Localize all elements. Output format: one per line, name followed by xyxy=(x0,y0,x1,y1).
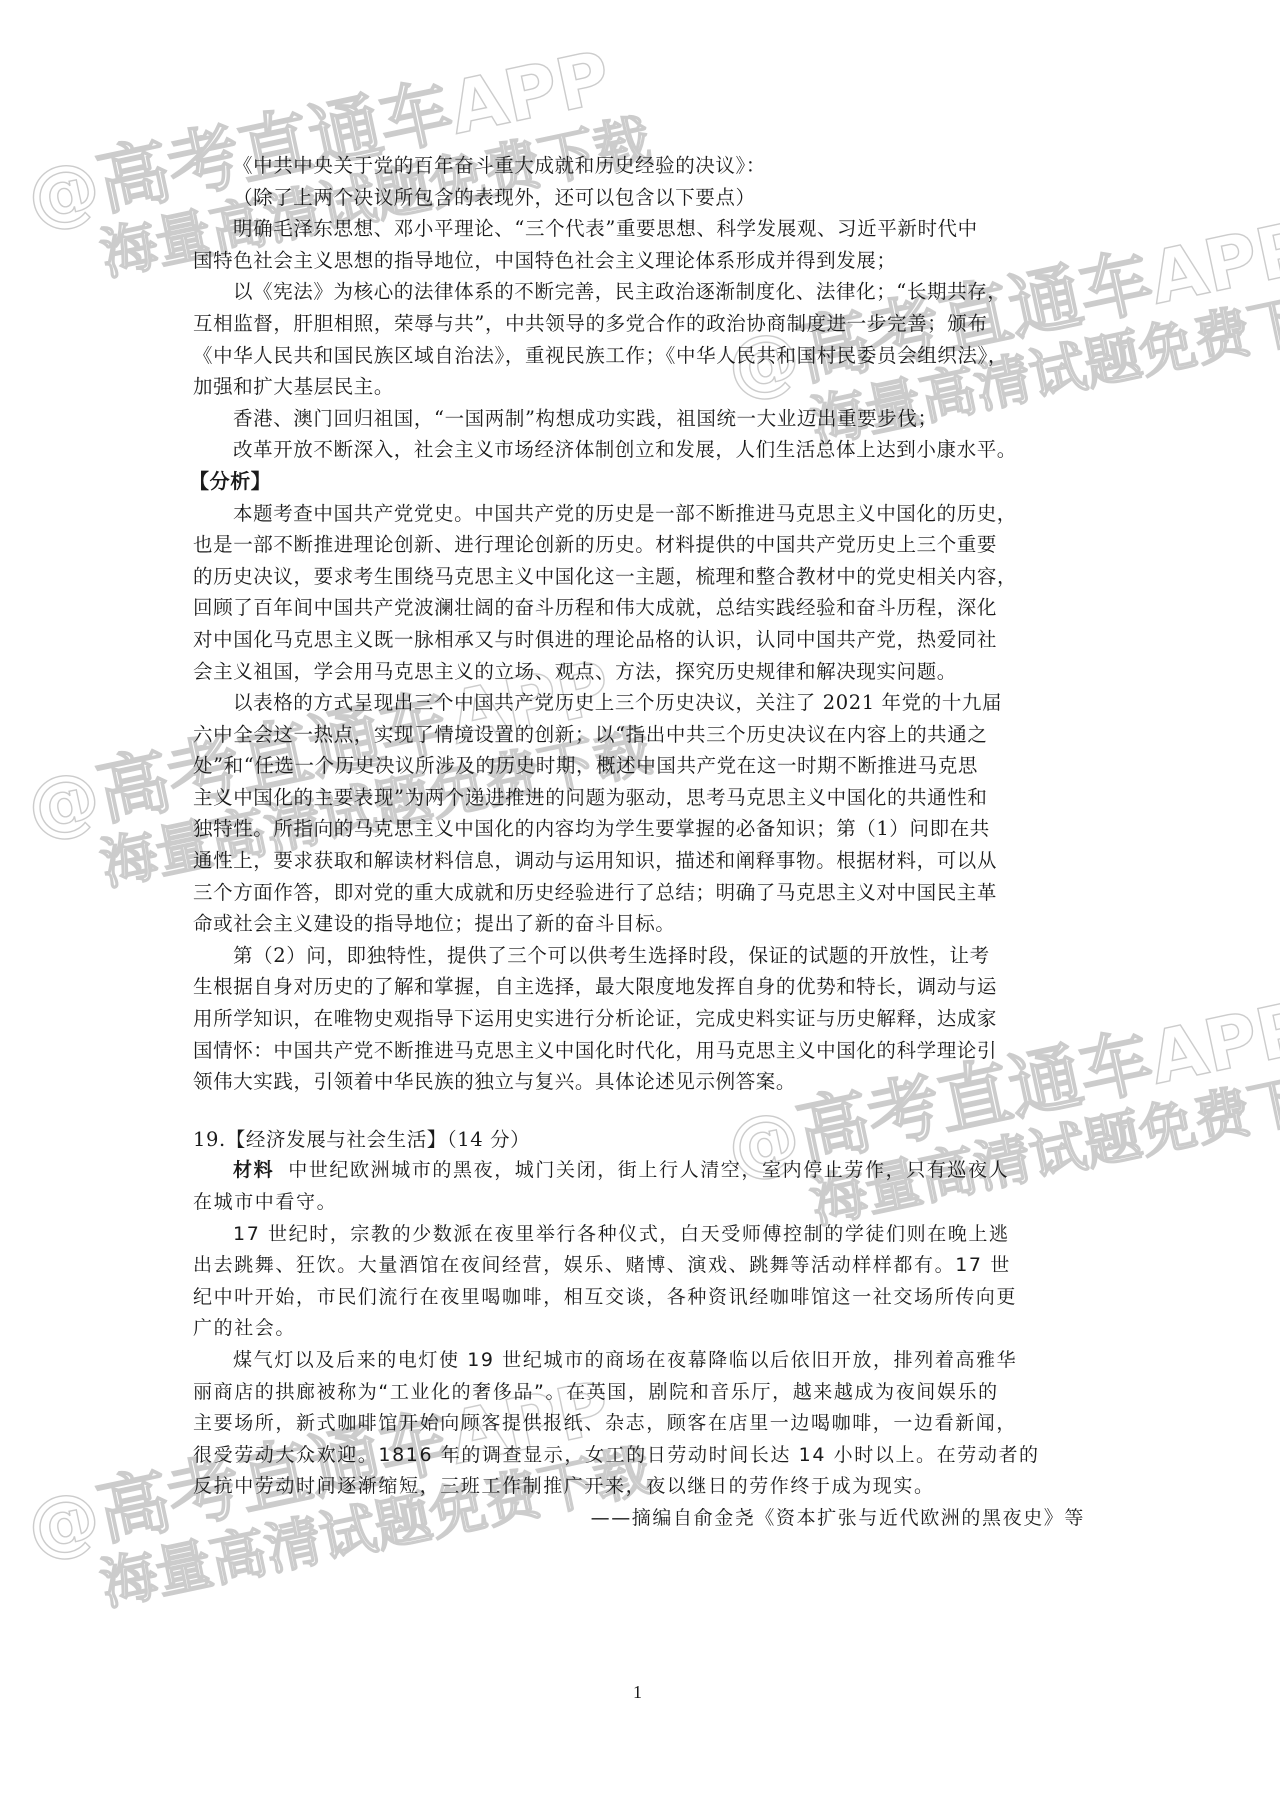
material-label: 材料 xyxy=(233,1159,274,1181)
analysis-paragraph: 以表格的方式呈现出三个中国共产党历史上三个历史决议，关注了 2021 年党的十九… xyxy=(193,687,1085,940)
material-paragraph: 材料中世纪欧洲城市的黑夜，城门关闭，街上行人清空，室内停止劳作，只有巡夜人 在城… xyxy=(193,1155,1085,1218)
point-paragraph: 明确毛泽东思想、邓小平理论、“三个代表”重要思想、科学发展观、习近平新时代中 国… xyxy=(193,213,1085,276)
note-line: （除了上两个决议所包含的表现外，还可以包含以下要点） xyxy=(193,182,1085,214)
point-paragraph: 以《宪法》为核心的法律体系的不断完善，民主政治逐渐制度化、法律化；“长期共存， … xyxy=(193,276,1085,402)
material-source: ——摘编自俞金尧《资本扩张与近代欧洲的黑夜史》等 xyxy=(193,1503,1085,1535)
resolution-title: 《中共中央关于党的百年奋斗重大成就和历史经验的决议》： xyxy=(193,150,1085,182)
spacer xyxy=(193,1098,1085,1124)
document-body: 《中共中央关于党的百年奋斗重大成就和历史经验的决议》： （除了上两个决议所包含的… xyxy=(193,150,1085,1535)
point-paragraph: 改革开放不断深入，社会主义市场经济体制创立和发展，人们生活总体上达到小康水平。 xyxy=(193,434,1085,466)
analysis-heading: 【分析】 xyxy=(189,466,1085,498)
material-paragraph: 煤气灯以及后来的电灯使 19 世纪城市的商场在夜幕降临以后依旧开放，排列着高雅华… xyxy=(193,1345,1085,1503)
question-title: 19.【经济发展与社会生活】（14 分） xyxy=(193,1124,1085,1156)
analysis-paragraph: 第（2）问，即独特性，提供了三个可以供考生选择时段，保证的试题的开放性，让考 生… xyxy=(193,940,1085,1098)
page-number: 1 xyxy=(633,1682,642,1703)
document-page: @高考直通车APP 海量高清试题免费下载 @高考直通车APP 海量高清试题免费下… xyxy=(0,0,1280,1810)
material-paragraph: 17 世纪时，宗教的少数派在夜里举行各种仪式，白天受师傅控制的学徒们则在晚上逃 … xyxy=(193,1219,1085,1345)
point-paragraph: 香港、澳门回归祖国，“一国两制”构想成功实践，祖国统一大业迈出重要步伐； xyxy=(193,403,1085,435)
analysis-paragraph: 本题考查中国共产党党史。中国共产党的历史是一部不断推进马克思主义中国化的历史， … xyxy=(193,498,1085,688)
